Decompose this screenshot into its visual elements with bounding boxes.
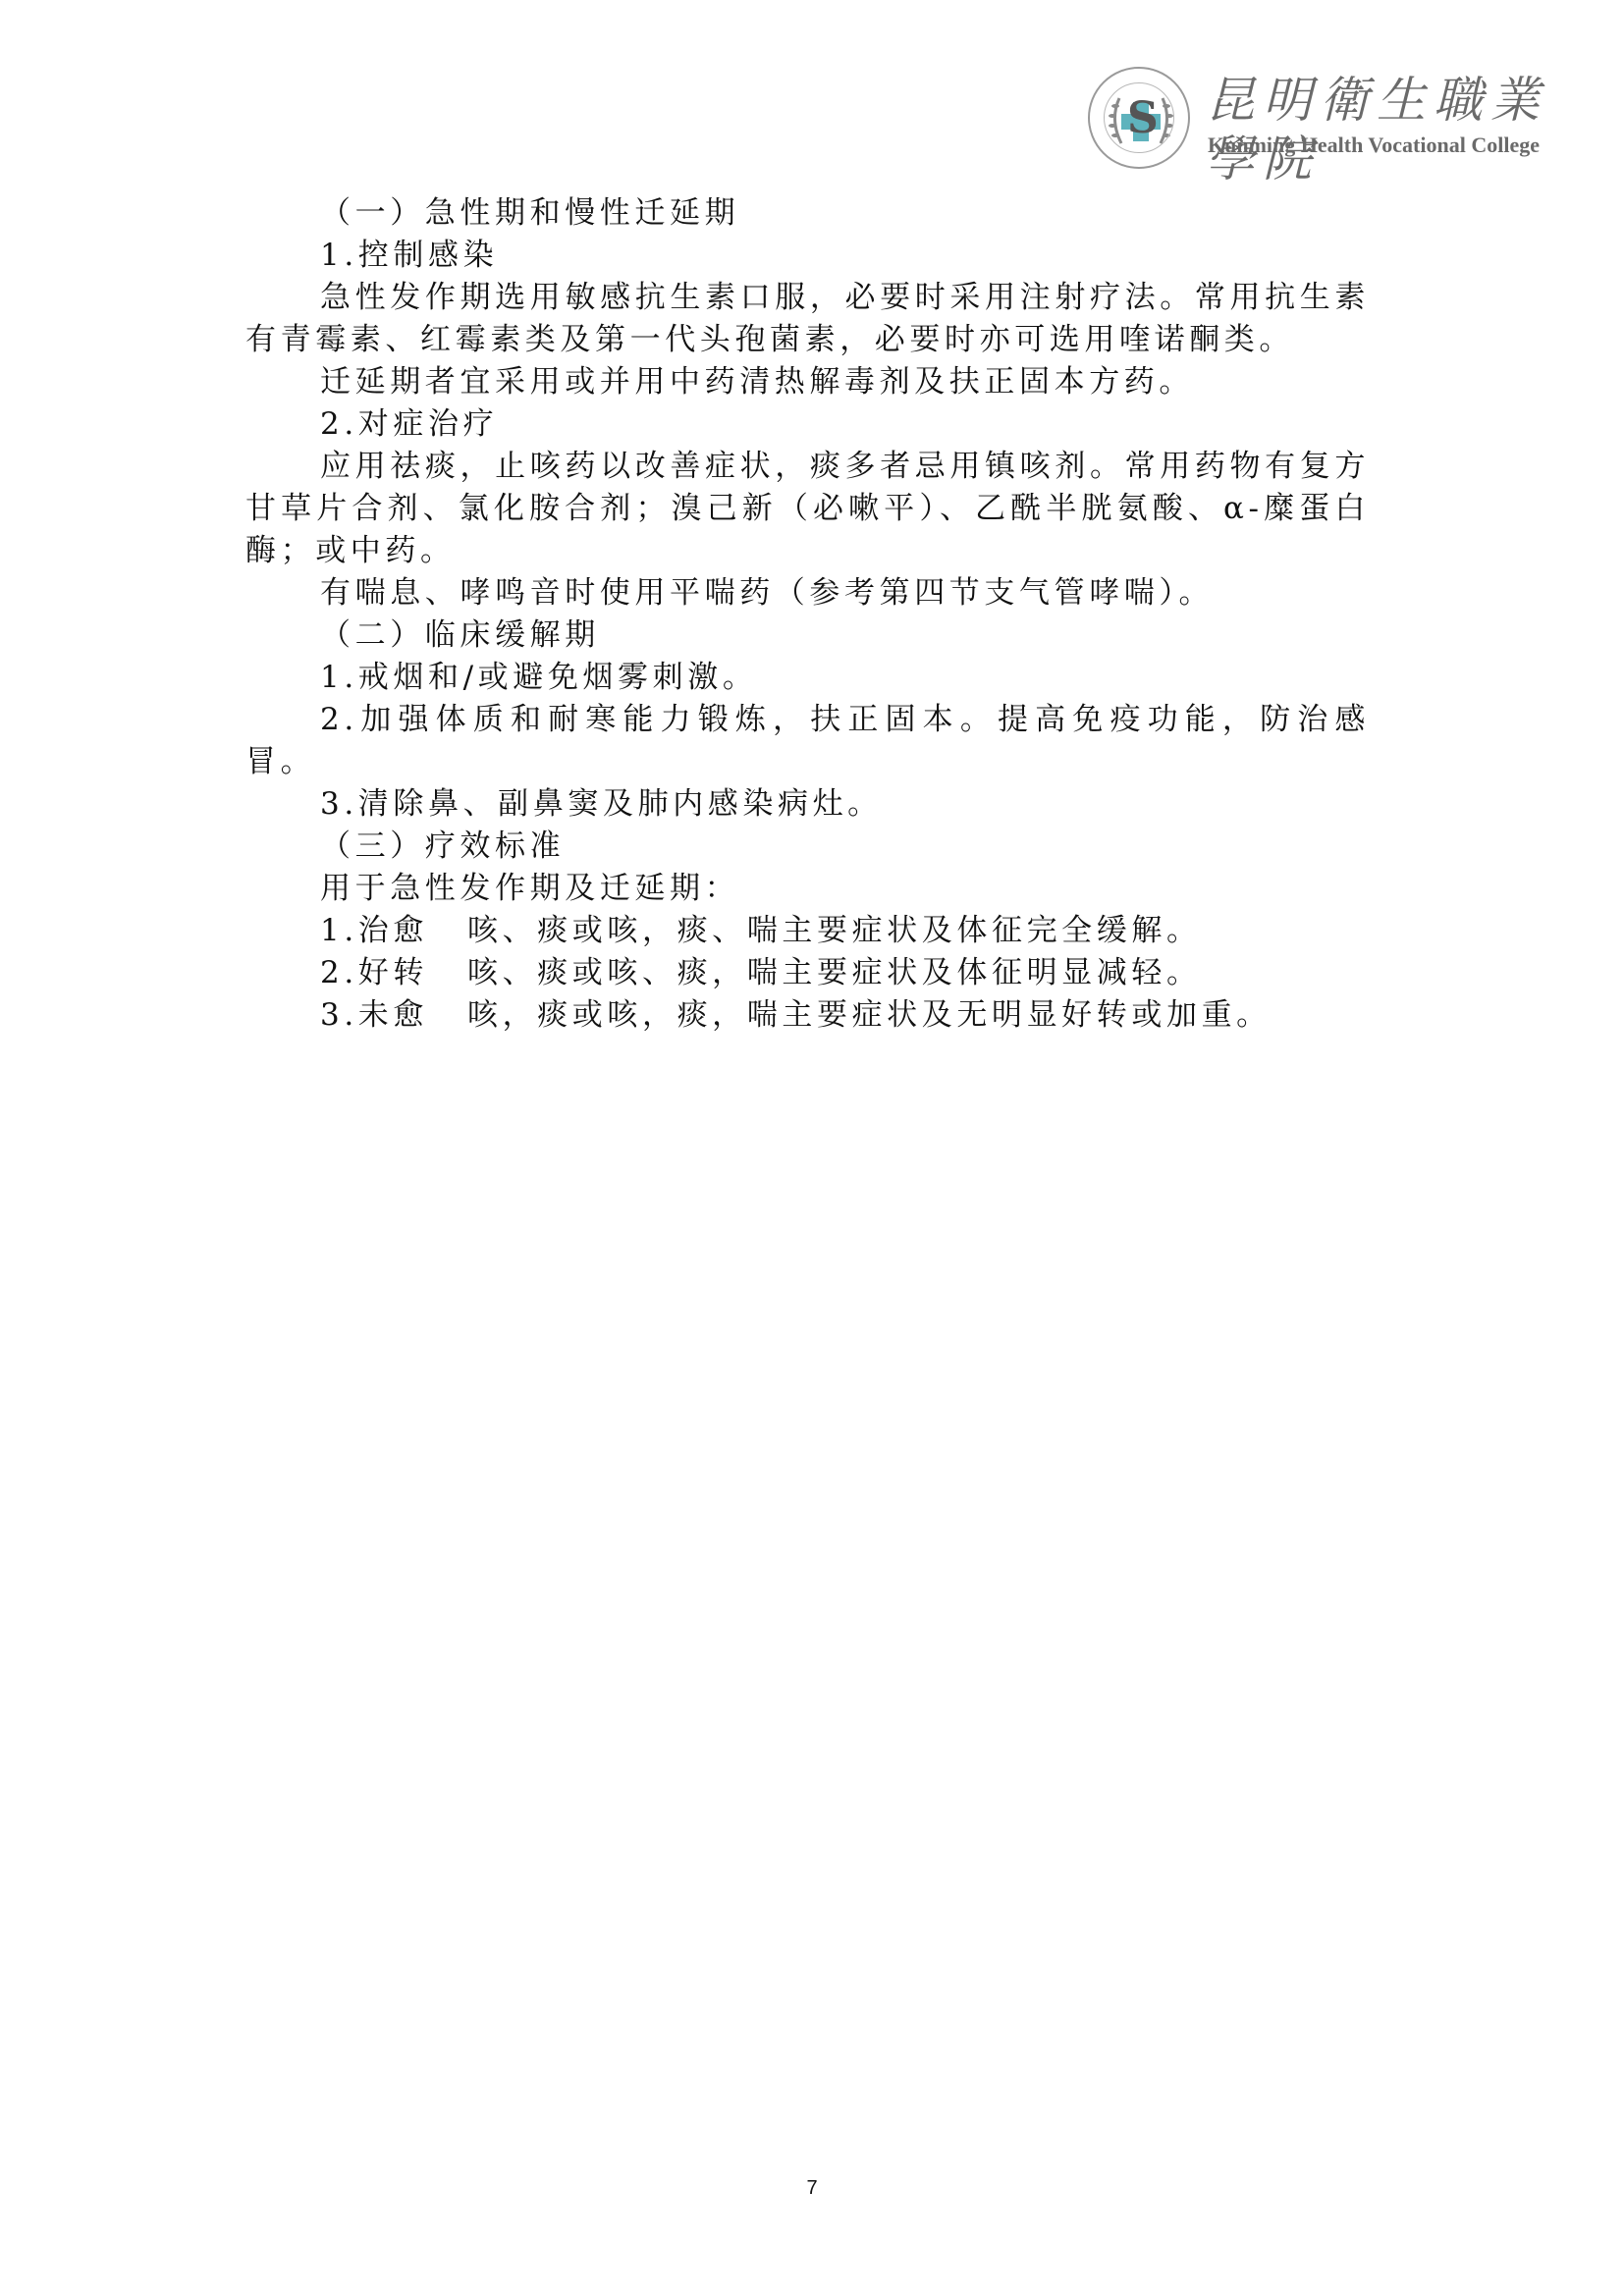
efficacy-label: 1.治愈	[320, 913, 428, 948]
efficacy-item-not-cured: 3.未愈咳，痰或咳，痰，喘主要症状及无明显好转或加重。	[245, 994, 1370, 1037]
college-name-chinese: 昆明衛生職業學院	[1206, 71, 1559, 188]
efficacy-label: 3.未愈	[320, 997, 428, 1033]
efficacy-intro: 用于急性发作期及迁延期：	[245, 868, 1370, 910]
list-item-clear-infection: 3.清除鼻、副鼻窦及肺内感染病灶。	[245, 783, 1370, 826]
subheading-symptomatic-treatment: 2.对症治疗	[245, 403, 1370, 446]
efficacy-text: 咳、痰或咳，痰、喘主要症状及体征完全缓解。	[467, 913, 1202, 948]
list-item-quit-smoking: 1.戒烟和/或避免烟雾刺激。	[245, 657, 1370, 699]
paragraph-bronchodilators: 有喘息、哮鸣音时使用平喘药（参考第四节支气管哮喘）。	[245, 572, 1370, 614]
efficacy-text: 咳，痰或咳，痰，喘主要症状及无明显好转或加重。	[467, 997, 1272, 1033]
section-heading-remission: （二）临床缓解期	[245, 614, 1370, 657]
paragraph-expectorants: 应用祛痰，止咳药以改善症状，痰多者忌用镇咳剂。常用药物有复方甘草片合剂、氯化胺合…	[245, 446, 1370, 572]
document-body: （一）急性期和慢性迁延期 1.控制感染 急性发作期选用敏感抗生素口服，必要时采用…	[245, 192, 1370, 1037]
college-logo: S 昆明衛生職業學院 Kunming Health Vocational Col…	[1088, 67, 1559, 175]
section-heading-efficacy: （三）疗效标准	[245, 826, 1370, 868]
college-name-english: Kunming Health Vocational College	[1208, 132, 1540, 159]
paragraph-chronic-herbal: 迁延期者宜采用或并用中药清热解毒剂及扶正固本方药。	[245, 361, 1370, 403]
subheading-infection-control: 1.控制感染	[245, 235, 1370, 277]
college-seal-icon: S	[1088, 67, 1190, 169]
efficacy-label: 2.好转	[320, 955, 428, 990]
paragraph-antibiotics: 急性发作期选用敏感抗生素口服，必要时采用注射疗法。常用抗生素有青霉素、红霉素类及…	[245, 277, 1370, 361]
efficacy-text: 咳、痰或咳、痰，喘主要症状及体征明显减轻。	[467, 955, 1202, 990]
efficacy-item-improved: 2.好转咳、痰或咳、痰，喘主要症状及体征明显减轻。	[245, 952, 1370, 994]
section-heading-acute: （一）急性期和慢性迁延期	[245, 192, 1370, 235]
efficacy-item-cured: 1.治愈咳、痰或咳，痰、喘主要症状及体征完全缓解。	[245, 910, 1370, 952]
dragon-emblem-icon: S	[1127, 94, 1159, 143]
list-item-strengthen-body: 2.加强体质和耐寒能力锻炼，扶正固本。提高免疫功能，防治感冒。	[245, 699, 1370, 783]
page-number: 7	[0, 2177, 1624, 2200]
